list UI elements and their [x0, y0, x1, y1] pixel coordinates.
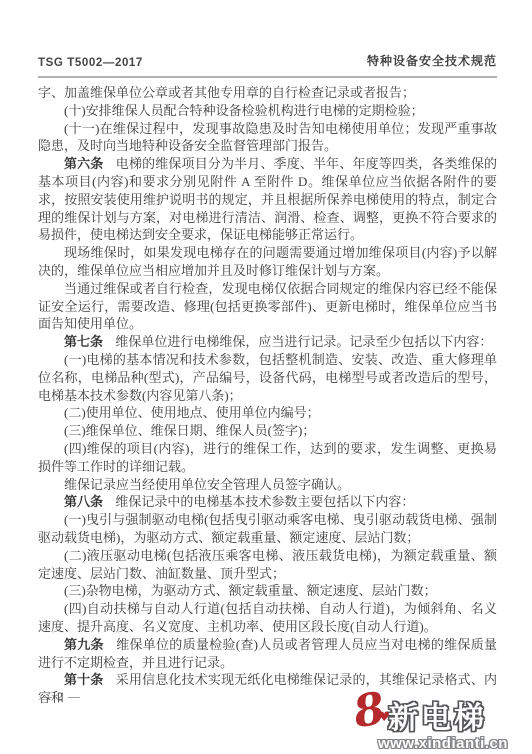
paragraph: 第六条电梯的维保项目分为半月、季度、半年、年度等四类，各类维保的基本项目(内容)… — [38, 155, 497, 244]
document-page: TSG T5002—2017 特种设备安全技术规范 字、加盖维保单位公章或者其他… — [0, 0, 532, 754]
logo-row: 8 ♥ 新电梯 — [354, 693, 532, 737]
article-number: 第九条 — [64, 637, 104, 652]
paragraph-text: 字、加盖维保单位公章或者其他专用章的自行检查记录或者报告； — [38, 85, 415, 100]
document-code: TSG T5002—2017 — [38, 57, 143, 69]
paragraph: 当通过维保或者自行检查，发现电梯仅依据合同规定的维保内容已经不能保证安全运行，需… — [38, 280, 497, 333]
paragraph: (三)杂物电梯，为驱动方式、额定载重量、额定速度、层站门数； — [38, 582, 497, 600]
paragraph-text: 维保单位的质量检验(查)人员或者管理人员应当对电梯的维保质量进行不定期检查，并且… — [38, 637, 497, 670]
paragraph: 第八条维保记录中的电梯基本技术参数主要包括以下内容： — [38, 493, 497, 511]
paragraph-text: (一)电梯的基本情况和技术参数，包括整机制造、安装、改造、重大修理单位名称，电梯… — [38, 352, 497, 403]
paragraph: (一)电梯的基本情况和技术参数，包括整机制造、安装、改造、重大修理单位名称，电梯… — [38, 351, 497, 404]
paragraph: (二)液压驱动电梯(包括液压乘客电梯、液压载货电梯)，为额定载重量、额定速度、层… — [38, 547, 497, 583]
paragraph-text: (三)杂物电梯，为驱动方式、额定载重量、额定速度、层站门数； — [64, 583, 437, 598]
heart-icon: ♥ — [378, 710, 390, 725]
paragraph-text: (十)安排维保人员配合特种设备检验机构进行电梯的定期检验； — [64, 103, 424, 118]
article-number: 第六条 — [64, 156, 103, 171]
document-body: 字、加盖维保单位公章或者其他专用章的自行检查记录或者报告；(十)安排维保人员配合… — [38, 84, 497, 707]
paragraph-text: (二)液压驱动电梯(包括液压乘客电梯、液压载货电梯)，为额定载重量、额定速度、层… — [38, 548, 497, 581]
paragraph-text: (一)曳引与强制驱动电梯(包括曳引驱动乘客电梯、曳引驱动载货电梯、强制驱动载货电… — [38, 512, 497, 545]
paragraph: (三)维保单位、维保日期、维保人员(签字)； — [38, 422, 497, 440]
paragraph: (四)自动扶梯与自动人行道(包括自动扶梯、自动人行道)，为倾斜角、名义速度、提升… — [38, 600, 497, 636]
paragraph-text: (四)自动扶梯与自动人行道(包括自动扶梯、自动人行道)，为倾斜角、名义速度、提升… — [38, 601, 497, 634]
paragraph-text: 当通过维保或者自行检查，发现电梯仅依据合同规定的维保内容已经不能保证安全运行，需… — [38, 281, 497, 332]
paragraph: 第七条维保单位进行电梯维保，应当进行记录。记录至少包括以下内容： — [38, 333, 497, 351]
paragraph: (十一)在维保过程中，发现事故隐患及时告知电梯使用单位；发现严重事故隐患，及时向… — [38, 120, 497, 156]
paragraph-text: 现场维保时，如果发现电梯存在的问题需要通过增加维保项目(内容)予以解决的，维保单… — [38, 245, 497, 278]
xindianti-logo: 8 ♥ 新电梯 www.xindianti.cn — [354, 693, 532, 752]
article-number: 第十条 — [64, 672, 103, 687]
paragraph-text: (三)维保单位、维保日期、维保人员(签字)； — [64, 423, 315, 438]
paragraph-text: (十一)在维保过程中，发现事故隐患及时告知电梯使用单位；发现严重事故隐患，及时向… — [38, 121, 497, 154]
paragraph-text: 维保单位进行电梯维保，应当进行记录。记录至少包括以下内容： — [115, 334, 492, 349]
document-title: 特种设备安全技术规范 — [367, 52, 497, 69]
paragraph: 字、加盖维保单位公章或者其他专用章的自行检查记录或者报告； — [38, 84, 497, 102]
paragraph: 维保记录应当经使用单位安全管理人员签字确认。 — [38, 476, 497, 494]
paragraph: 现场维保时，如果发现电梯存在的问题需要通过增加维保项目(内容)予以解决的，维保单… — [38, 244, 497, 280]
page-header: TSG T5002—2017 特种设备安全技术规范 — [38, 52, 497, 78]
logo-brand-text: 新电梯 — [388, 693, 487, 737]
page-number: — 2 — — [40, 689, 81, 704]
paragraph: (二)使用单位、使用地点、使用单位内编号； — [38, 404, 497, 422]
article-number: 第七条 — [64, 334, 103, 349]
paragraph-text: 电梯的维保项目分为半月、季度、半年、年度等四类，各类维保的基本项目(内容)和要求… — [38, 156, 497, 242]
article-number: 第八条 — [64, 494, 103, 509]
paragraph: 第九条维保单位的质量检验(查)人员或者管理人员应当对电梯的维保质量进行不定期检查… — [38, 636, 497, 672]
paragraph: (十)安排维保人员配合特种设备检验机构进行电梯的定期检验； — [38, 102, 497, 120]
paragraph-text: (四)维保的项目(内容)，进行的维保工作，达到的要求，发生调整、更换易损件等工作… — [38, 441, 497, 474]
paragraph: (一)曳引与强制驱动电梯(包括曳引驱动乘客电梯、曳引驱动载货电梯、强制驱动载货电… — [38, 511, 497, 547]
logo-website-url: www.xindianti.cn — [354, 735, 532, 752]
paragraph-text: (二)使用单位、使用地点、使用单位内编号； — [64, 405, 320, 420]
paragraph-text: 维保记录中的电梯基本技术参数主要包括以下内容： — [115, 494, 414, 509]
ribbon-8-heart-icon: 8 ♥ — [354, 693, 388, 737]
paragraph-text: 维保记录应当经使用单位安全管理人员签字确认。 — [64, 477, 350, 492]
paragraph: (四)维保的项目(内容)，进行的维保工作，达到的要求，发生调整、更换易损件等工作… — [38, 440, 497, 476]
